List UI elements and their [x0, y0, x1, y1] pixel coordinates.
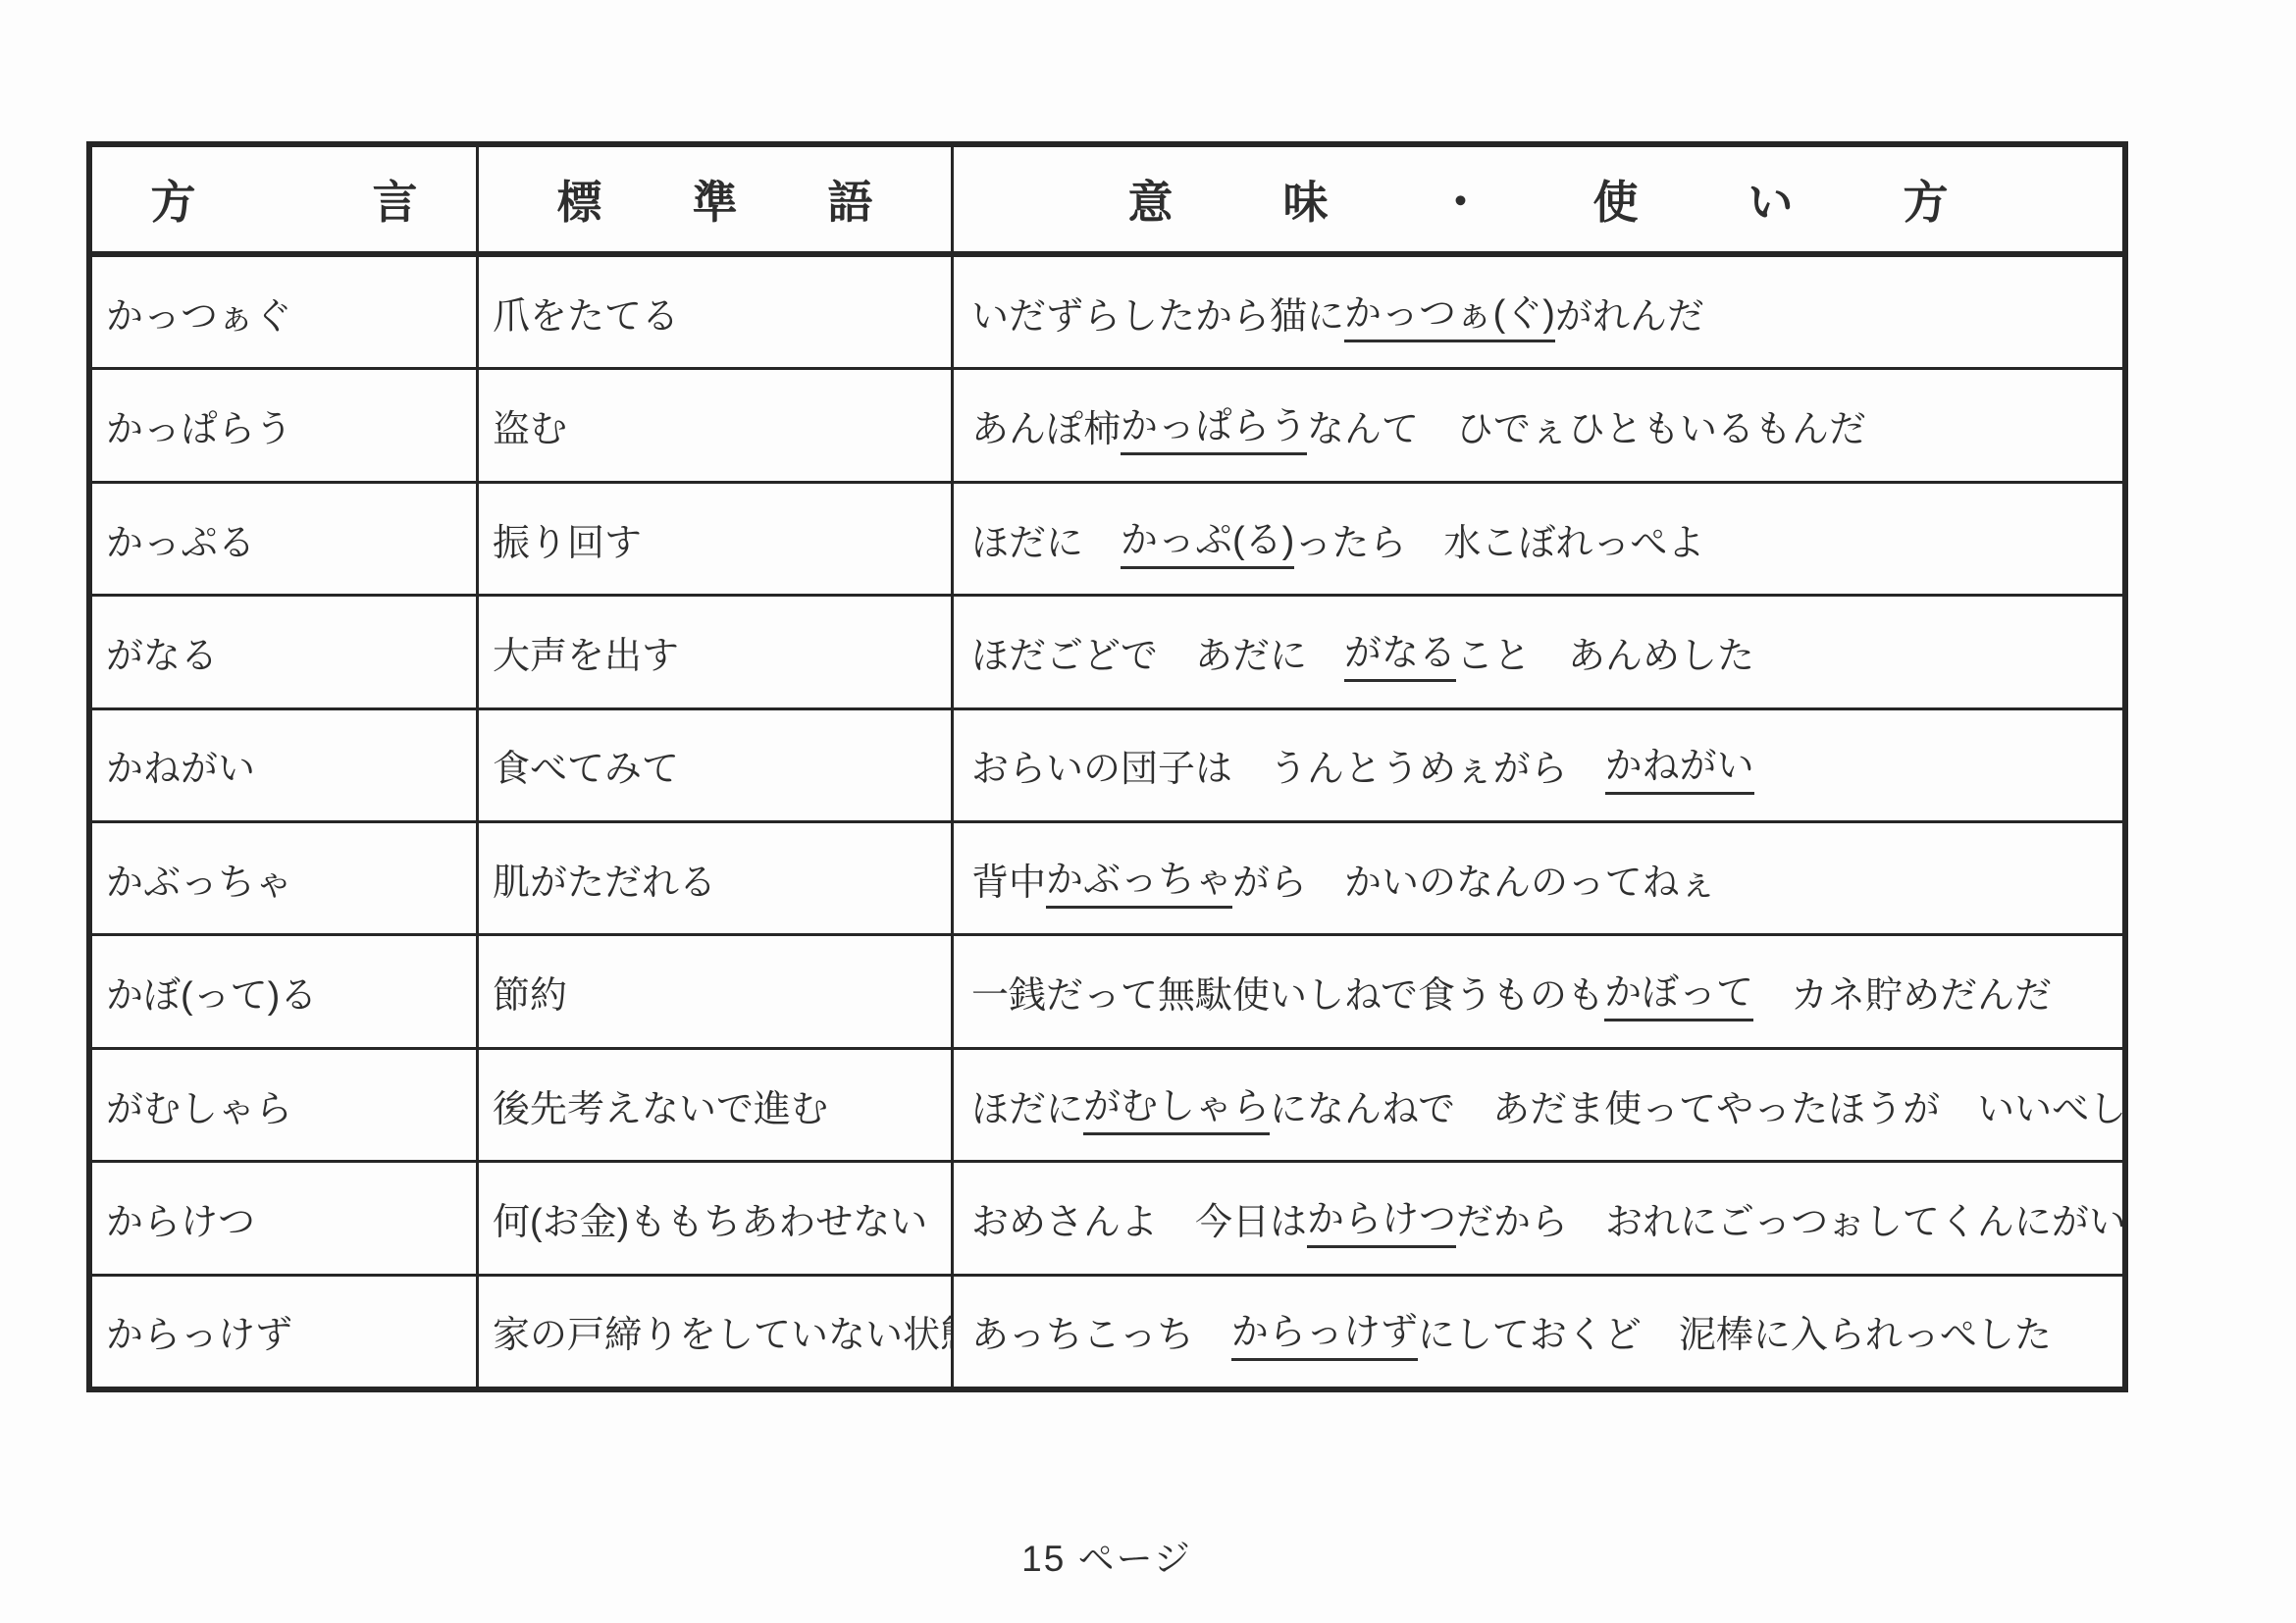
usage-cell: おらいの団子は うんとうめぇがら かねがい	[954, 710, 2122, 820]
usage-cell: あっちこっち からっけずにしておくど 泥棒に入られっぺした	[954, 1277, 2122, 1387]
dialect-cell: かぼ(って)る	[92, 936, 479, 1046]
usage-cell: おめさんよ 今日はからけつだから おれにごっつぉしてくんにがい	[954, 1163, 2122, 1273]
table-row: かっつぁぐ爪をたてるいだずらしたから猫にかっつぁ(ぐ)がれんだ	[92, 257, 2122, 370]
standard-cell: 後先考えないで進む	[479, 1050, 954, 1160]
table-header-row: 方言 標準語 意味・使い方	[92, 147, 2122, 257]
usage-underlined: かねがい	[1605, 735, 1754, 795]
dialect-cell: がむしゃら	[92, 1050, 479, 1160]
standard-word: 食べてみて	[493, 738, 679, 792]
dialect-word: かぼ(って)る	[106, 965, 317, 1019]
usage-underlined: かぼって	[1604, 962, 1753, 1021]
dialect-word: がなる	[106, 625, 218, 679]
dialect-word: かっぱらう	[106, 398, 292, 452]
standard-cell: 振り回す	[479, 484, 954, 594]
table-row: からっけず家の戸締りをしていない状態あっちこっち からっけずにしておくど 泥棒に…	[92, 1277, 2122, 1387]
usage-underlined: かっぱらう	[1121, 395, 1307, 455]
standard-cell: 何(お金)ももちあわせない	[479, 1163, 954, 1273]
dialect-word: からっけず	[106, 1304, 292, 1358]
dialect-cell: かっつぁぐ	[92, 257, 479, 367]
standard-word: 節約	[493, 965, 567, 1019]
standard-word: 肌がただれる	[493, 852, 716, 906]
standard-word: 何(お金)ももちあわせない	[493, 1191, 927, 1245]
standard-word: 爪をたてる	[493, 286, 679, 340]
usage-post: だから おれにごっつぉしてくんにがい	[1456, 1191, 2122, 1245]
standard-cell: 盗む	[479, 370, 954, 480]
usage-post: になんねで あだま使ってやったほうが いいべした	[1270, 1078, 2122, 1132]
usage-underlined: がむしゃら	[1083, 1075, 1270, 1135]
usage-underlined: からけつ	[1307, 1188, 1456, 1248]
header-meaning-usage-label: 意味・使い方	[1018, 167, 2059, 232]
header-standard-label: 標準語	[479, 167, 954, 232]
table-row: がなる大声を出すほだごどで あだに がなること あんめした	[92, 597, 2122, 709]
standard-cell: 節約	[479, 936, 954, 1046]
usage-underlined: からっけず	[1231, 1301, 1418, 1361]
usage-cell: 背中かぶっちゃがら かいのなんのってねぇ	[954, 823, 2122, 933]
header-meaning-usage: 意味・使い方	[954, 147, 2122, 251]
dialect-word: かぶっちゃ	[106, 852, 292, 906]
dialect-cell: かっぱらう	[92, 370, 479, 480]
usage-cell: いだずらしたから猫にかっつぁ(ぐ)がれんだ	[954, 257, 2122, 367]
dialect-word: かっつぁぐ	[106, 286, 292, 340]
usage-underlined: かぶっちゃ	[1046, 849, 1232, 909]
usage-pre: いだずらしたから猫に	[971, 286, 1344, 340]
dialect-word: かねがい	[106, 738, 255, 792]
usage-post: カネ貯めだんだ	[1753, 965, 2052, 1019]
dialect-table: 方言 標準語 意味・使い方 かっつぁぐ爪をたてるいだずらしたから猫にかっつぁ(ぐ…	[86, 141, 2128, 1392]
table-row: かぶっちゃ肌がただれる背中かぶっちゃがら かいのなんのってねぇ	[92, 823, 2122, 936]
usage-pre: おめさんよ 今日は	[971, 1191, 1307, 1245]
usage-pre: あんぽ柿	[971, 398, 1121, 452]
table-row: かっぱらう盗むあんぽ柿かっぱらうなんて ひでぇひともいるもんだ	[92, 370, 2122, 483]
standard-word: 家の戸締りをしていない状態	[493, 1304, 954, 1358]
page-number: 15 ページ	[0, 1529, 2255, 1582]
usage-pre: おらいの団子は うんとうめぇがら	[971, 738, 1605, 792]
table-row: からけつ何(お金)ももちあわせないおめさんよ 今日はからけつだから おれにごっつ…	[92, 1163, 2122, 1276]
usage-cell: ほだにがむしゃらになんねで あだま使ってやったほうが いいべした	[954, 1050, 2122, 1160]
usage-pre: 一銭だって無駄使いしねで食うものも	[971, 965, 1604, 1019]
standard-word: 大声を出す	[493, 625, 679, 679]
table-row: かっぷる振り回すほだに かっぷ(る)ったら 水こぼれっぺよ	[92, 484, 2122, 597]
usage-pre: あっちこっち	[971, 1304, 1231, 1358]
table-row: かぼ(って)る節約一銭だって無駄使いしねで食うものもかぼって カネ貯めだんだ	[92, 936, 2122, 1049]
usage-post: がら かいのなんのってねぇ	[1232, 852, 1717, 906]
header-standard: 標準語	[479, 147, 954, 251]
dialect-word: がむしゃら	[106, 1078, 292, 1132]
standard-word: 後先考えないで進む	[493, 1078, 828, 1132]
standard-word: 振り回す	[493, 512, 642, 566]
usage-post: がれんだ	[1555, 286, 1704, 340]
dialect-cell: かっぷる	[92, 484, 479, 594]
standard-cell: 爪をたてる	[479, 257, 954, 367]
table-body: かっつぁぐ爪をたてるいだずらしたから猫にかっつぁ(ぐ)がれんだかっぱらう盗むあん…	[92, 257, 2122, 1387]
usage-underlined: かっぷ(る)	[1121, 509, 1294, 569]
dialect-cell: からっけず	[92, 1277, 479, 1387]
usage-post: にしておくど 泥棒に入られっぺした	[1418, 1304, 2052, 1358]
table-row: かねがい食べてみておらいの団子は うんとうめぇがら かねがい	[92, 710, 2122, 823]
header-dialect-label: 方言	[92, 167, 479, 232]
scanned-page: 方言 標準語 意味・使い方 かっつぁぐ爪をたてるいだずらしたから猫にかっつぁ(ぐ…	[0, 0, 2296, 1623]
dialect-word: かっぷる	[106, 512, 255, 566]
standard-cell: 大声を出す	[479, 597, 954, 707]
usage-cell: あんぽ柿かっぱらうなんて ひでぇひともいるもんだ	[954, 370, 2122, 480]
dialect-cell: からけつ	[92, 1163, 479, 1273]
table-row: がむしゃら後先考えないで進むほだにがむしゃらになんねで あだま使ってやったほうが…	[92, 1050, 2122, 1163]
usage-post: こと あんめした	[1456, 625, 1754, 679]
dialect-cell: がなる	[92, 597, 479, 707]
usage-pre: 背中	[971, 852, 1046, 906]
dialect-cell: かぶっちゃ	[92, 823, 479, 933]
standard-cell: 食べてみて	[479, 710, 954, 820]
usage-cell: ほだに かっぷ(る)ったら 水こぼれっぺよ	[954, 484, 2122, 594]
standard-word: 盗む	[493, 398, 567, 452]
dialect-cell: かねがい	[92, 710, 479, 820]
usage-pre: ほだに	[971, 512, 1121, 566]
usage-post: ったら 水こぼれっぺよ	[1294, 512, 1704, 566]
standard-cell: 肌がただれる	[479, 823, 954, 933]
usage-cell: 一銭だって無駄使いしねで食うものもかぼって カネ貯めだんだ	[954, 936, 2122, 1046]
standard-cell: 家の戸締りをしていない状態	[479, 1277, 954, 1387]
dialect-word: からけつ	[106, 1191, 255, 1245]
usage-underlined: かっつぁ(ぐ)	[1344, 283, 1555, 342]
usage-pre: ほだごどで あだに	[971, 625, 1344, 679]
header-dialect: 方言	[92, 147, 479, 251]
usage-underlined: がなる	[1344, 622, 1456, 682]
usage-post: なんて ひでぇひともいるもんだ	[1307, 398, 1866, 452]
usage-cell: ほだごどで あだに がなること あんめした	[954, 597, 2122, 707]
usage-pre: ほだに	[971, 1078, 1083, 1132]
